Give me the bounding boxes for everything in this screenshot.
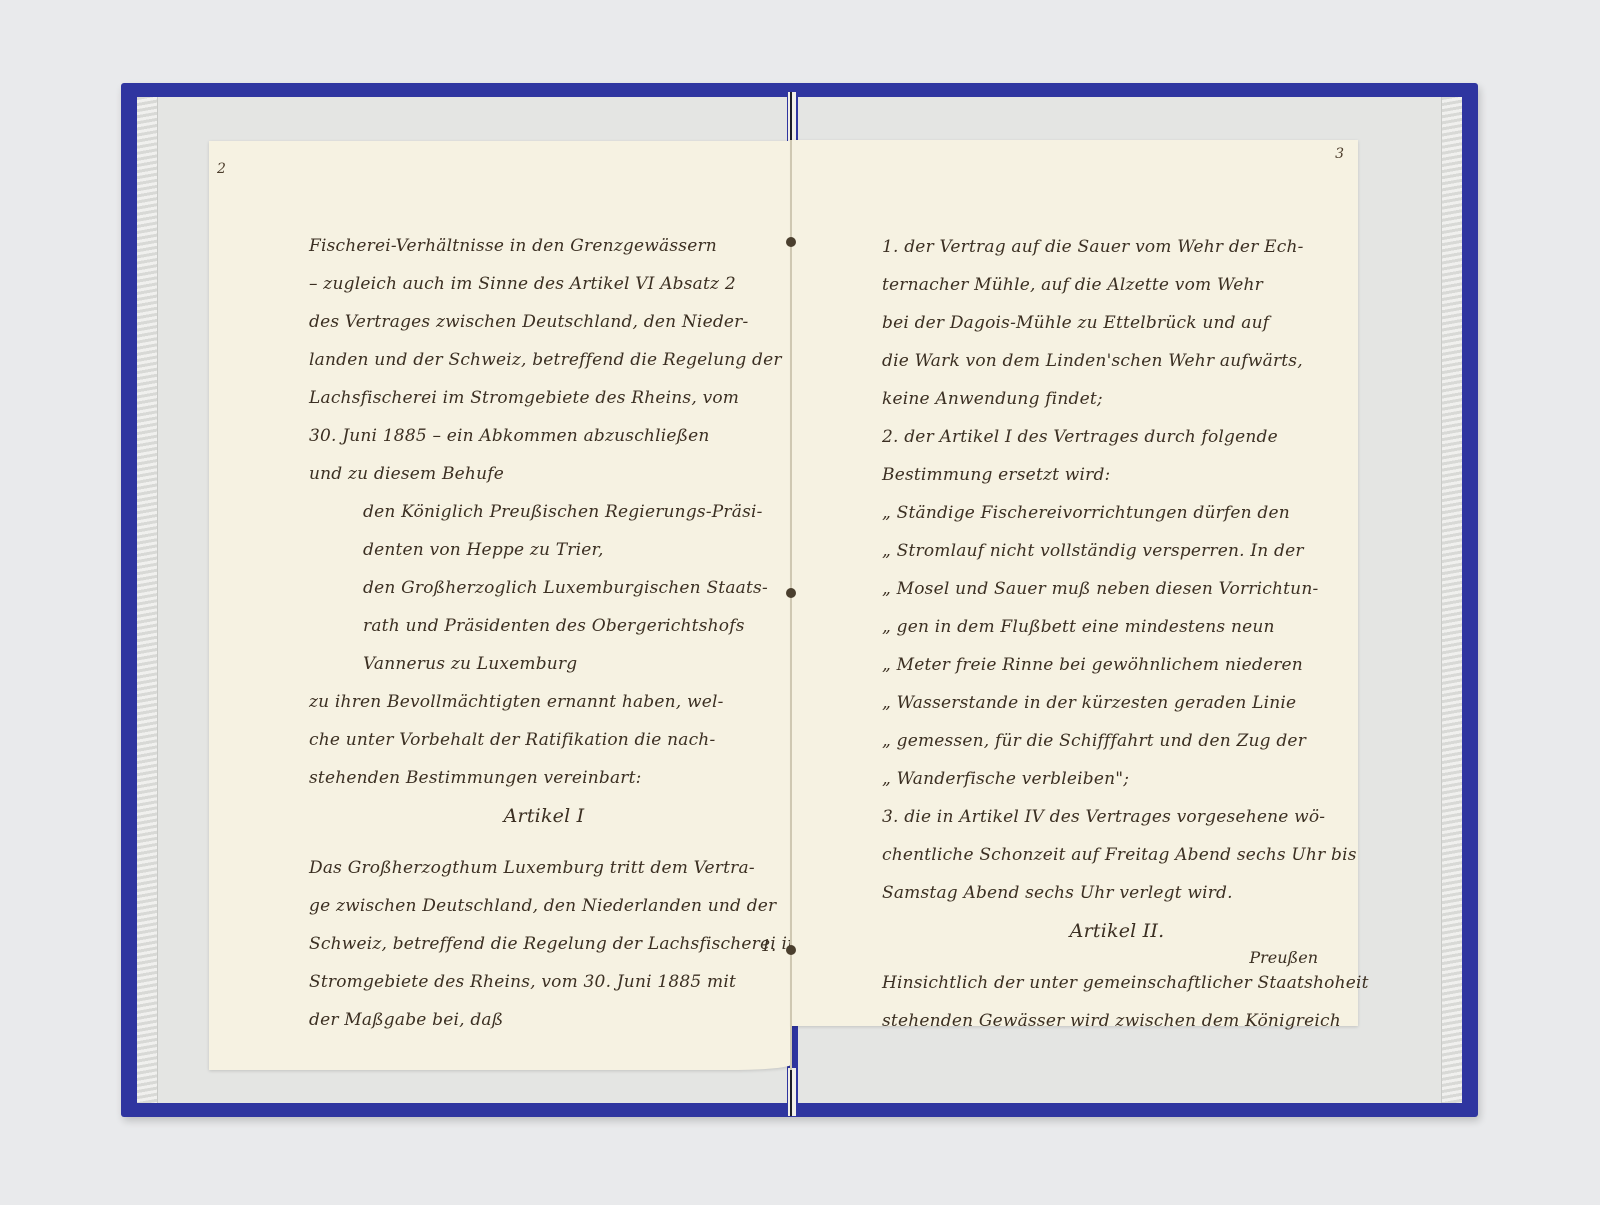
binding-stitch — [786, 237, 796, 247]
text-line: 2. der Artikel I des Vertrages durch fol… — [882, 418, 1352, 456]
text-line: – zugleich auch im Sinne des Artikel VI … — [309, 265, 779, 303]
text-line: 3. die in Artikel IV des Vertrages vorge… — [882, 798, 1352, 836]
text-line: rath und Präsidenten des Obergerichtshof… — [309, 607, 779, 645]
page-number-right: 3 — [1335, 146, 1344, 162]
quoted-line: „ gen in dem Flußbett eine mindestens ne… — [882, 608, 1352, 646]
bookmark-ribbon-top — [788, 92, 796, 144]
text-line: stehenden Bestimmungen vereinbart: — [309, 759, 779, 797]
text-line: landen und der Schweiz, betreffend die R… — [309, 341, 779, 379]
text-line: des Vertrages zwischen Deutschland, den … — [309, 303, 779, 341]
text-line: ternacher Mühle, auf die Alzette vom Weh… — [882, 266, 1352, 304]
quoted-line: „ Ständige Fischereivorrichtungen dürfen… — [882, 494, 1352, 532]
text-line: und zu diesem Behufe — [309, 455, 779, 493]
text-line: den Königlich Preußischen Regierungs-Prä… — [309, 493, 779, 531]
quoted-line: „ Meter freie Rinne bei gewöhnlichem nie… — [882, 646, 1352, 684]
text-line: Das Großherzogthum Luxemburg tritt dem V… — [309, 849, 779, 887]
text-line: keine Anwendung findet; — [882, 380, 1352, 418]
text-line: zu ihren Bevollmächtigten ernannt haben,… — [309, 683, 779, 721]
quoted-line: „ Mosel und Sauer muß neben diesen Vorri… — [882, 570, 1352, 608]
left-page: 2 Fischerei-Verhältnisse in den Grenzgew… — [209, 141, 792, 1070]
quoted-line: „ Wanderfische verbleiben"; — [882, 760, 1352, 798]
page-number-left: 2 — [217, 161, 226, 177]
text-line: Bestimmung ersetzt wird: — [882, 456, 1352, 494]
text-line: che unter Vorbehalt der Ratifikation die… — [309, 721, 779, 759]
left-page-text: Fischerei-Verhältnisse in den Grenzgewäs… — [309, 227, 779, 1039]
article-heading: Artikel II. — [882, 912, 1352, 950]
quoted-line: „ Stromlauf nicht vollständig versperren… — [882, 532, 1352, 570]
quoted-line: „ gemessen, für die Schifffahrt und den … — [882, 722, 1352, 760]
left-embossed-border — [137, 97, 158, 1103]
signatory-name: Vannerus zu Luxemburg — [309, 645, 779, 683]
right-page-text: 1. der Vertrag auf die Sauer vom Wehr de… — [882, 228, 1352, 1040]
quoted-line: „ Wasserstande in der kürzesten geraden … — [882, 684, 1352, 722]
binding-stitch — [786, 945, 796, 955]
catchword-left: 1. — [761, 936, 776, 955]
bookmark-ribbon-bottom — [788, 1068, 796, 1116]
text-line: ge zwischen Deutschland, den Niederlande… — [309, 887, 779, 925]
text-line: der Maßgabe bei, daß — [309, 1001, 779, 1039]
text-line: stehenden Gewässer wird zwischen dem Kön… — [882, 1002, 1352, 1040]
text-line: die Wark von dem Linden'schen Wehr aufwä… — [882, 342, 1352, 380]
text-line: bei der Dagois-Mühle zu Ettelbrück und a… — [882, 304, 1352, 342]
article-heading: Artikel I — [309, 797, 779, 835]
text-line: 30. Juni 1885 – ein Abkommen abzuschließ… — [309, 417, 779, 455]
text-line: Schweiz, betreffend die Regelung der Lac… — [309, 925, 779, 963]
catchword-right: Preußen — [1249, 948, 1318, 967]
text-line: denten von Heppe zu Trier, — [309, 531, 779, 569]
text-line: chentliche Schonzeit auf Freitag Abend s… — [882, 836, 1352, 874]
text-line: den Großherzoglich Luxemburgischen Staat… — [309, 569, 779, 607]
text-line: 1. der Vertrag auf die Sauer vom Wehr de… — [882, 228, 1352, 266]
text-line: Samstag Abend sechs Uhr verlegt wird. — [882, 874, 1352, 912]
book-gutter — [790, 140, 792, 1070]
binding-stitch — [786, 588, 796, 598]
text-line: Fischerei-Verhältnisse in den Grenzgewäs… — [309, 227, 779, 265]
text-line: Hinsichtlich der unter gemeinschaftliche… — [882, 964, 1352, 1002]
text-line: Stromgebiete des Rheins, vom 30. Juni 18… — [309, 963, 779, 1001]
text-line: Lachsfischerei im Stromgebiete des Rhein… — [309, 379, 779, 417]
right-page: 3 1. der Vertrag auf die Sauer vom Wehr … — [792, 140, 1358, 1026]
right-embossed-border — [1441, 97, 1462, 1103]
